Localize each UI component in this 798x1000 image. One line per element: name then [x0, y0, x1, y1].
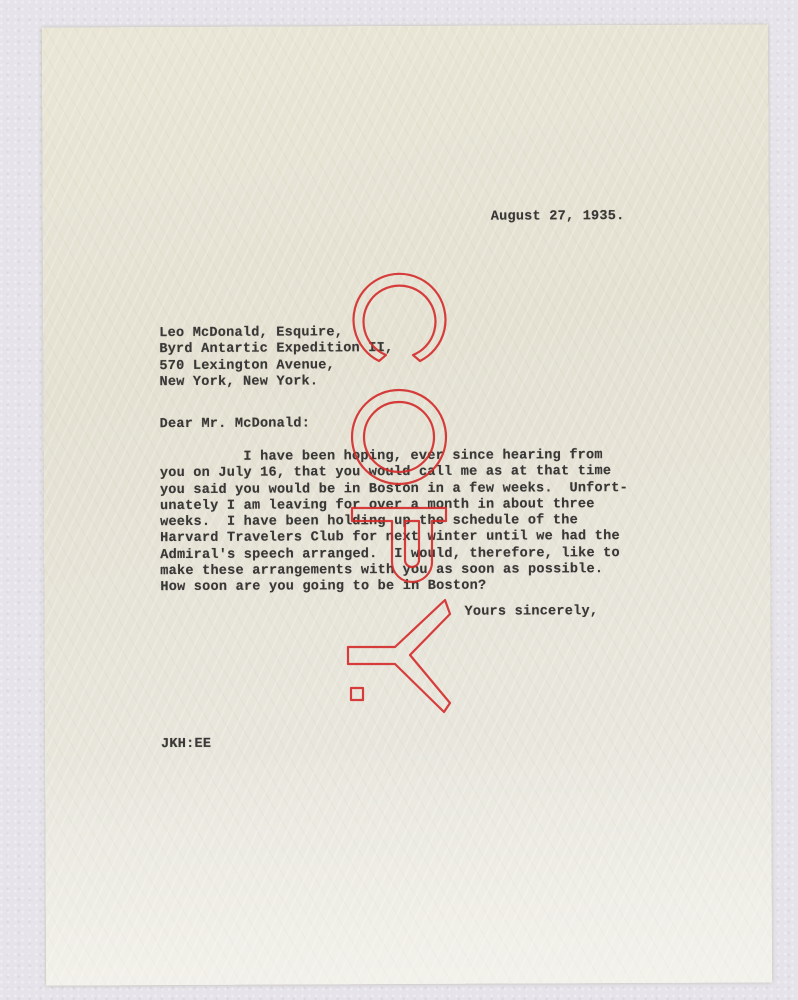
address-line: Byrd Antartic Expedition II,	[159, 341, 393, 357]
body-line: you on July 16, that you would call me a…	[160, 464, 611, 481]
letter-paper: August 27, 1935. Leo McDonald, Esquire, …	[42, 24, 772, 985]
letter-body: I have been hoping, ever since hearing f…	[160, 448, 629, 597]
reference-initials: JKH:EE	[161, 737, 211, 754]
body-line: How soon are you going to be in Boston?	[160, 579, 486, 595]
body-line: unately I am leaving for over a month in…	[160, 497, 595, 514]
body-line: Harvard Travelers Club for next winter u…	[160, 530, 620, 547]
body-line: Admiral's speech arranged. I would, ther…	[160, 546, 620, 563]
body-line: make these arrangements with you as soon…	[160, 562, 603, 579]
body-line: you said you would be in Boston in a few…	[160, 481, 628, 498]
closing: Yours sincerely,	[464, 604, 598, 621]
letter-date: August 27, 1935.	[491, 209, 625, 226]
address-line: New York, New York.	[159, 374, 318, 390]
recipient-address: Leo McDonald, Esquire, Byrd Antartic Exp…	[159, 325, 393, 391]
body-line: I have been hoping, ever since hearing f…	[160, 448, 603, 465]
body-line: weeks. I have been holding up the schedu…	[160, 513, 578, 530]
address-line: 570 Lexington Avenue,	[159, 358, 335, 374]
address-line: Leo McDonald, Esquire,	[159, 325, 343, 341]
salutation: Dear Mr. McDonald:	[160, 416, 311, 433]
